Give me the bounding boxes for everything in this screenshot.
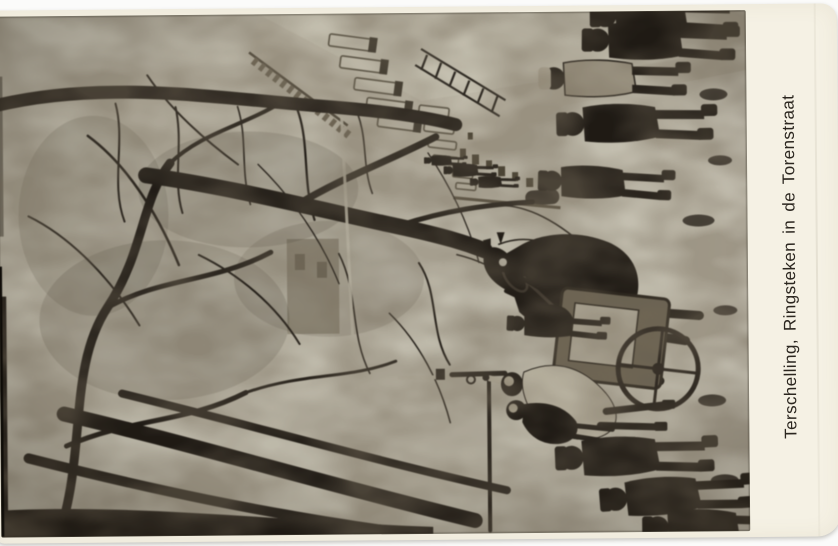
postcard-photo [0, 10, 750, 538]
postcard-caption: Terschelling, Ringsteken in de Torenstra… [778, 94, 801, 438]
caption-band: Terschelling, Ringsteken in de Torenstra… [746, 3, 835, 537]
photo-scene [0, 10, 750, 538]
vignette [0, 10, 750, 538]
postcard: Terschelling, Ringsteken in de Torenstra… [0, 3, 838, 543]
